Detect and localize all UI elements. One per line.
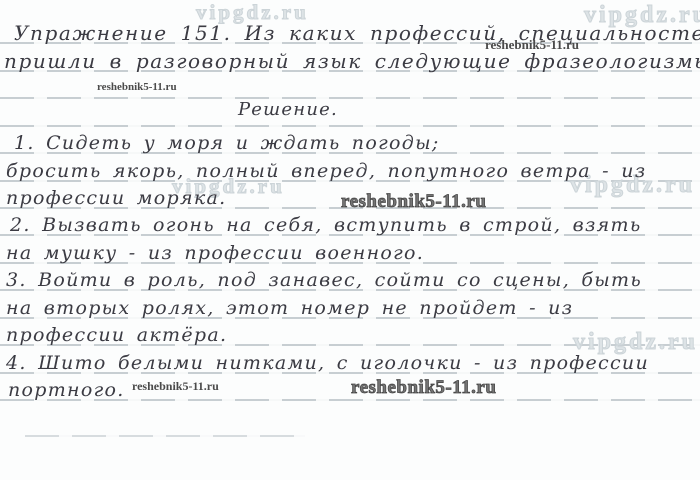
watermark-reshebnik: reshebnik5-11.ru — [341, 191, 486, 213]
solution-line-7: на вторых ролях, этот номер не пройдет -… — [6, 297, 573, 319]
ruled-line — [0, 97, 700, 99]
watermark-reshebnik: reshebnik5-11.ru — [351, 377, 496, 399]
solution-line-9: 4. Шито белыми нитками, с иголочки - из … — [6, 352, 649, 374]
task-heading-line-2: пришли в разговорный язык следующие фраз… — [4, 49, 700, 73]
task-heading-line-1: Упражнение 151. Из каких профессий, спец… — [14, 21, 700, 45]
solution-label: Решение. — [238, 99, 338, 120]
notebook-page-scan: vipgdz.ru vipgdz.ru vipgdz.ru vipgdz.ru … — [0, 0, 700, 480]
solution-line-5: на мушку - из профессии военного. — [6, 242, 424, 264]
watermark-reshebnik: reshebnik5-11.ru — [97, 81, 177, 93]
solution-line-6: 3. Войти в роль, под занавес, сойти со с… — [6, 269, 642, 291]
ruled-line — [25, 435, 305, 437]
ruled-line — [0, 125, 700, 127]
watermark-reshebnik: reshebnik5-11.ru — [132, 379, 219, 394]
solution-line-10: портного. — [8, 379, 125, 401]
solution-line-1: 1. Сидеть у моря и ждать погоды; — [14, 132, 440, 154]
solution-line-3: профессии моряка. — [6, 187, 227, 209]
solution-line-4: 2. Вызвать огонь на себя, вступить в стр… — [10, 214, 642, 236]
solution-line-8: профессии актёра. — [6, 324, 227, 346]
solution-line-2: бросить якорь, полный вперед, попутного … — [6, 160, 646, 182]
